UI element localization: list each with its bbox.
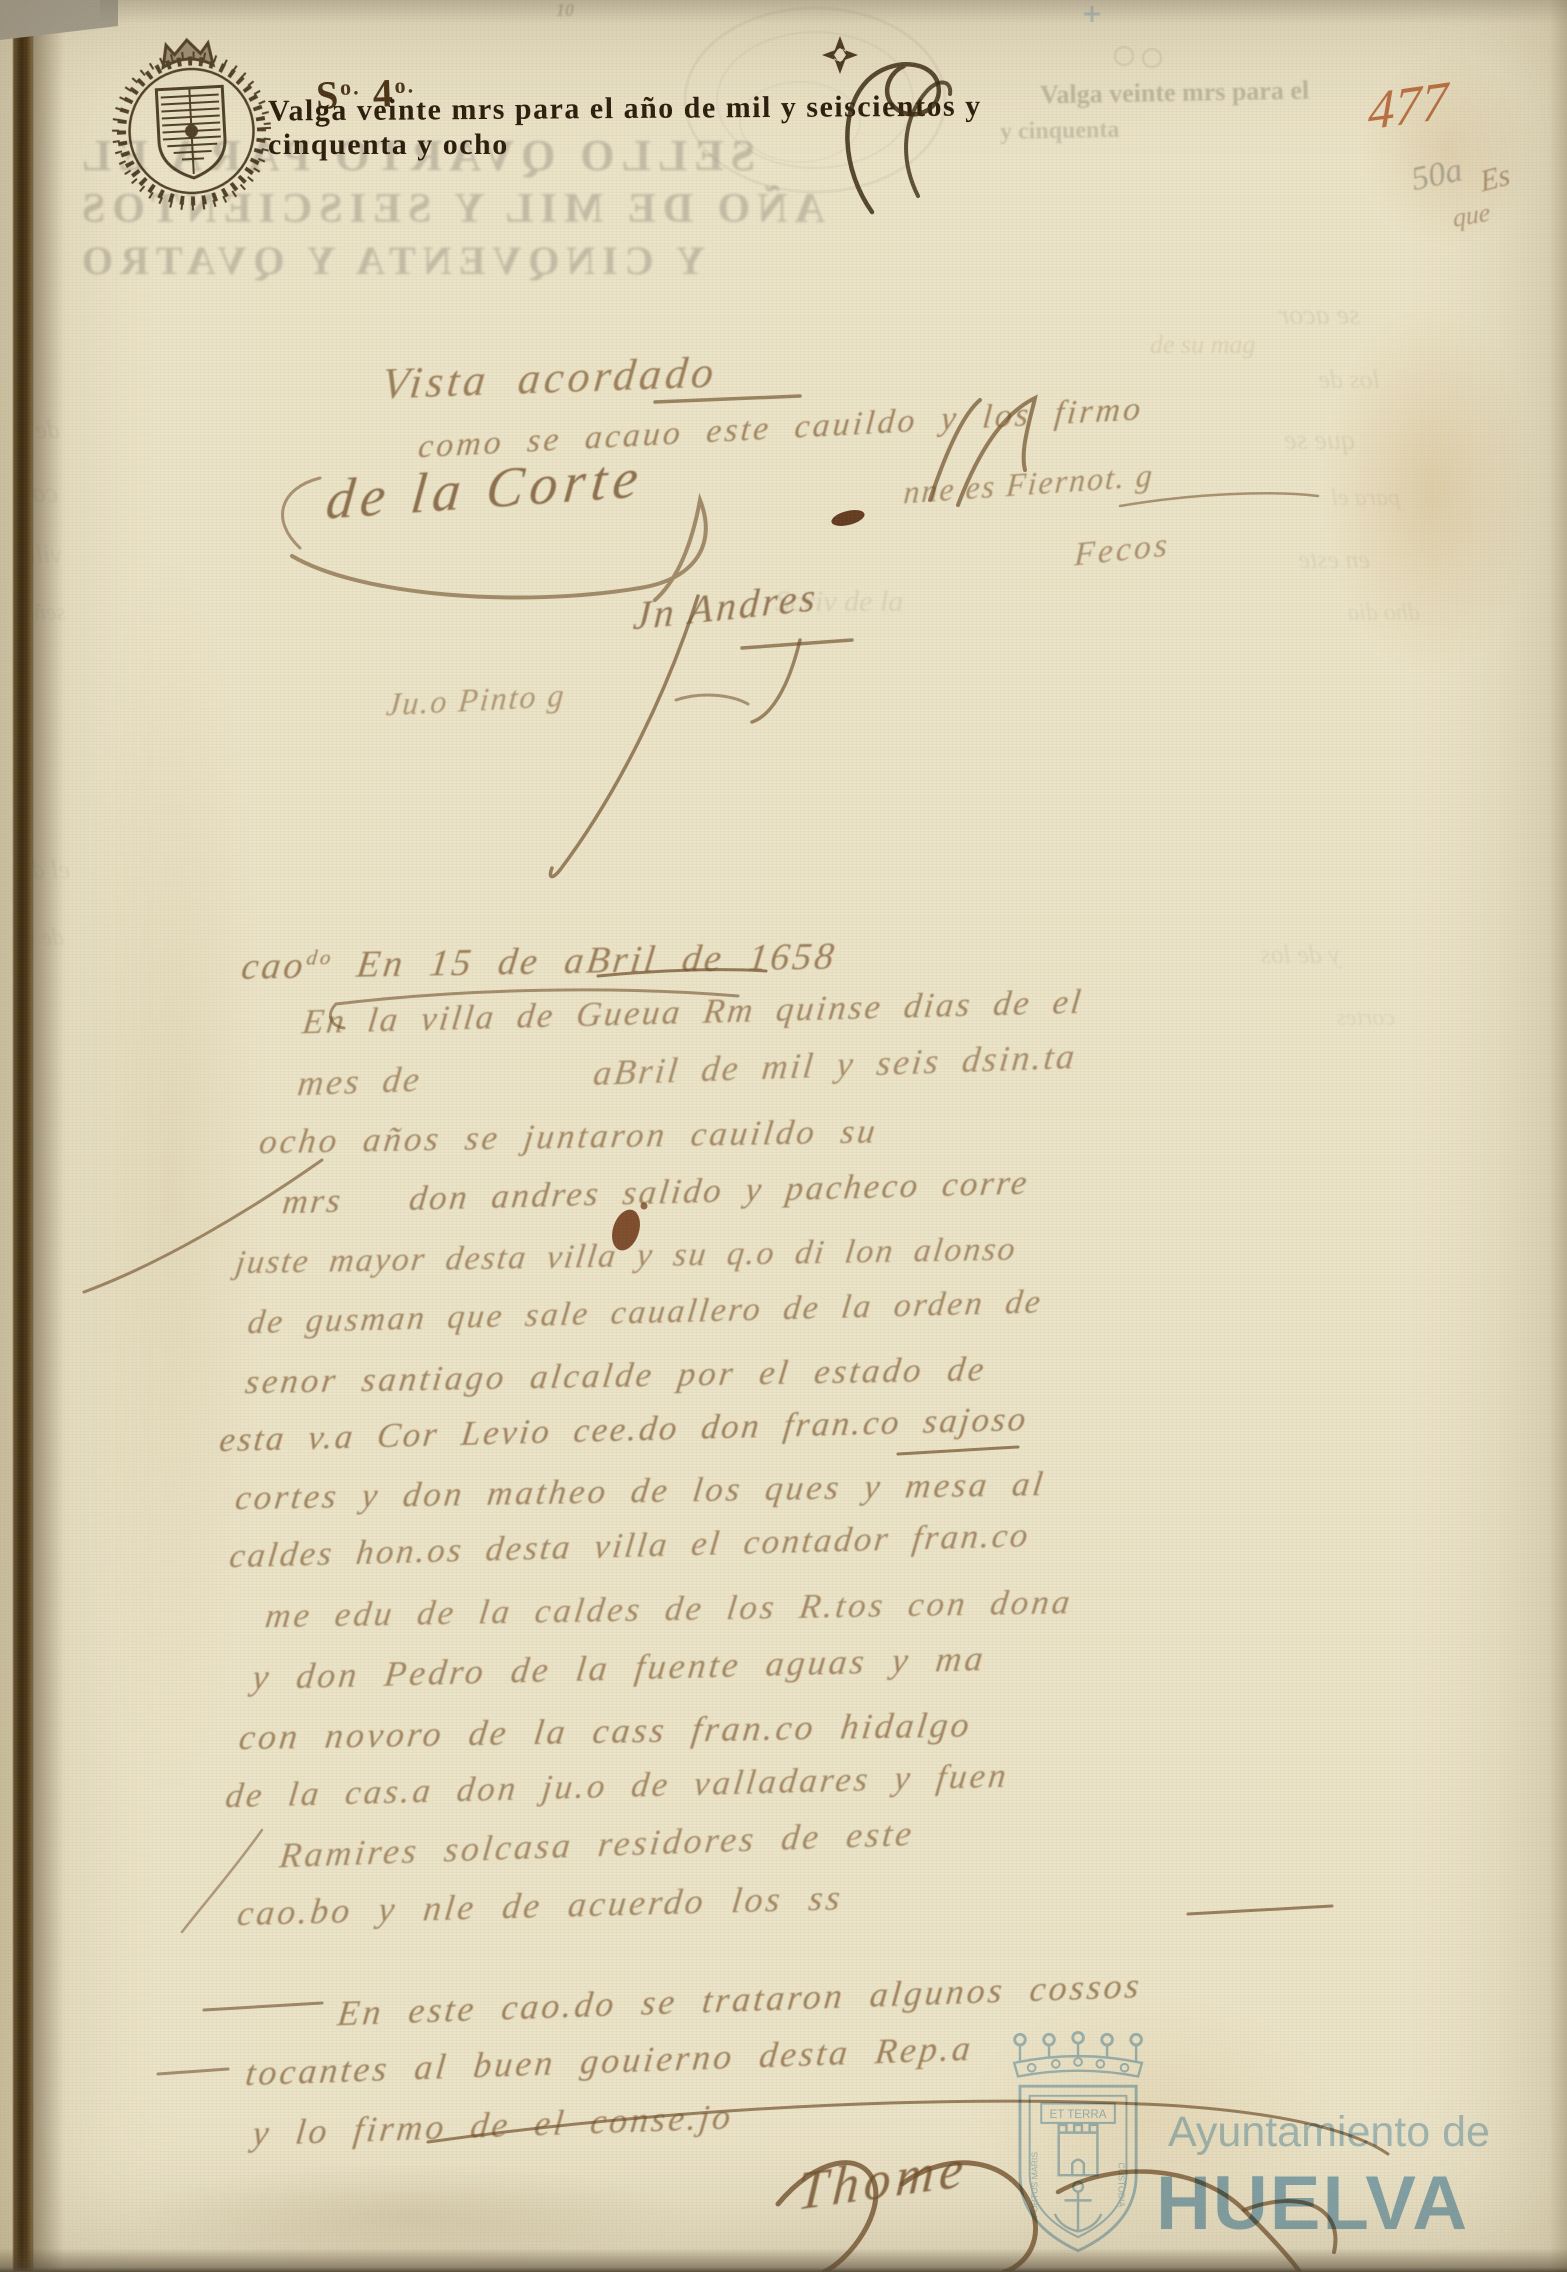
maltese-cross-mark — [822, 36, 858, 74]
binding-shadow — [13, 0, 33, 2272]
watermark-city-name: HUELVA — [1156, 2160, 1469, 2247]
notary-rubric — [906, 82, 950, 196]
corte-flourish — [292, 500, 706, 600]
margin-diagonal-stroke — [182, 1830, 262, 1932]
header-underline — [1120, 493, 1318, 506]
watermark-org-name: Ayuntamiento de — [1168, 2108, 1490, 2157]
margin-diagonal-stroke — [84, 1160, 322, 1292]
watermark-right-text: CUSTODIA — [1117, 2162, 1127, 2207]
signature-stroke — [752, 640, 800, 722]
ink-blot — [641, 1203, 648, 1210]
ink-blot — [607, 1206, 645, 1254]
header-n-flourish — [930, 398, 1035, 505]
top-edge-shadow — [100, 0, 1567, 24]
paragraph-dash — [204, 2003, 322, 2010]
ink-blot — [830, 507, 866, 529]
paragraph-dash — [1188, 1906, 1332, 1914]
long-descender-stroke — [550, 596, 698, 877]
signature-stroke — [676, 695, 748, 704]
manuscript-page: SELLO QVARTO PARA EL AÑO DE MIL Y SEISCI… — [0, 0, 1567, 2272]
header-dash — [655, 396, 800, 402]
huelva-crest-watermark: ET TERRA PORTUS MARIS CUSTODIA — [1000, 2030, 1160, 2272]
bottom-edge-shadow — [0, 2248, 1567, 2272]
gutter-shadow — [32, 0, 64, 2272]
body-overline — [330, 990, 738, 1028]
corte-flourish — [283, 478, 320, 548]
date-underline — [598, 970, 766, 976]
watermark-left-text: PORTUS MARIS — [1029, 2152, 1039, 2218]
right-edge-shadow — [1549, 0, 1567, 2272]
word-underline — [898, 1447, 1018, 1454]
watermark-banner-text: ET TERRA — [1050, 2108, 1107, 2121]
prev-page-edge — [0, 0, 14, 2272]
ink-flourishes — [0, 0, 1567, 2272]
paragraph-dash — [158, 2069, 228, 2074]
notary-rubric — [847, 64, 938, 212]
